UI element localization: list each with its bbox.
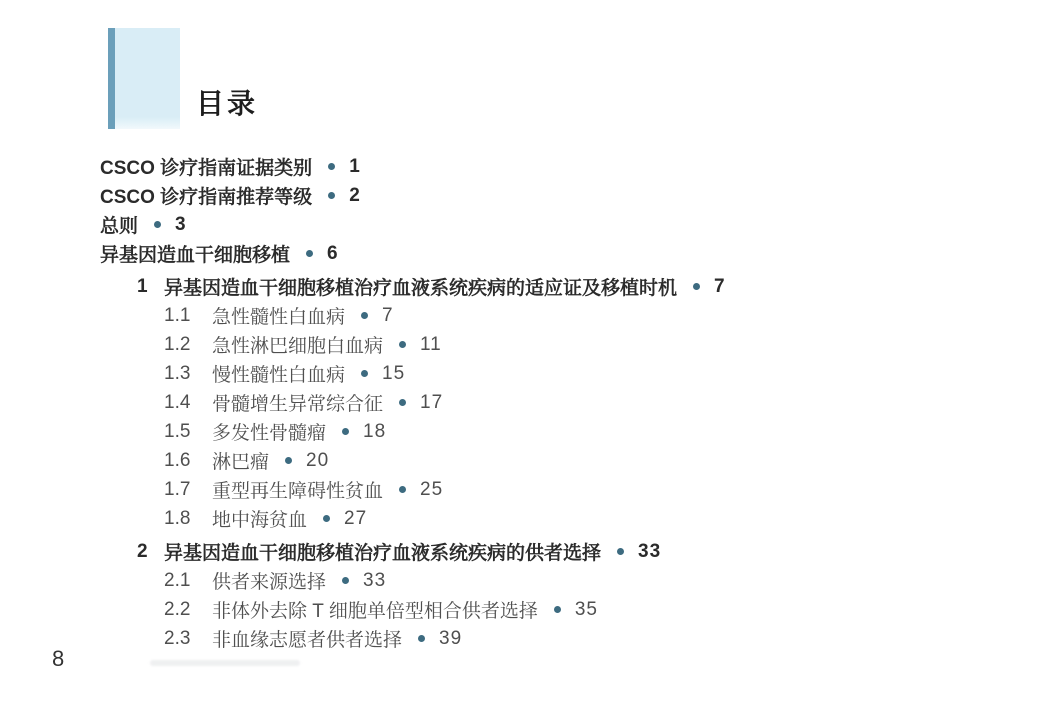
toc-entry-title: 急性淋巴细胞白血病 — [212, 331, 383, 358]
toc-entry-title: CSCO 诊疗指南证据类别 — [100, 153, 312, 180]
bullet-dot-icon — [399, 341, 406, 348]
toc-entry: CSCO 诊疗指南推荐等级 2 — [100, 181, 980, 210]
toc-entry: 1.4 骨髓增生异常综合征 17 — [164, 388, 980, 417]
toc-entry-title: 非血缘志愿者供者选择 — [212, 625, 402, 652]
document-page: 目录 CSCO 诊疗指南证据类别 1 CSCO 诊疗指南推荐等级 2 总则 3 … — [0, 0, 1047, 720]
bullet-dot-icon — [342, 577, 349, 584]
toc-entry-title: 多发性骨髓瘤 — [212, 418, 326, 445]
toc-entry-page: 1 — [349, 156, 361, 178]
toc-entry-page: 20 — [306, 450, 329, 472]
toc-entry-page: 15 — [382, 363, 405, 385]
toc-entry-page: 17 — [420, 392, 443, 414]
toc-entry-title: 重型再生障碍性贫血 — [212, 476, 383, 503]
accent-bar — [108, 28, 115, 129]
bullet-dot-icon — [361, 312, 368, 319]
bullet-dot-icon — [554, 606, 561, 613]
toc-entry-number: 1.8 — [164, 508, 212, 530]
bullet-dot-icon — [617, 548, 624, 555]
toc-entry-title: 异基因造血干细胞移植治疗血液系统疾病的适应证及移植时机 — [164, 273, 677, 300]
toc-entry: 1 异基因造血干细胞移植治疗血液系统疾病的适应证及移植时机 7 — [137, 272, 980, 301]
bullet-dot-icon — [285, 457, 292, 464]
toc-entry-page: 25 — [420, 479, 443, 501]
toc-entry: 1.6 淋巴瘤 20 — [164, 446, 980, 475]
bullet-dot-icon — [361, 370, 368, 377]
toc-entry-page: 33 — [638, 541, 661, 563]
toc-entry-title: 异基因造血干细胞移植治疗血液系统疾病的供者选择 — [164, 538, 601, 565]
toc-entry-page: 11 — [420, 334, 442, 356]
toc-entry-number: 1.3 — [164, 363, 212, 385]
toc-entry-page: 7 — [714, 276, 726, 298]
toc-entry-title: 供者来源选择 — [212, 567, 326, 594]
bullet-dot-icon — [328, 163, 335, 170]
bullet-dot-icon — [306, 250, 313, 257]
bullet-dot-icon — [418, 635, 425, 642]
toc-entry-page: 27 — [344, 508, 367, 530]
toc-entry-title: 异基因造血干细胞移植 — [100, 240, 290, 267]
toc-entry: 1.3 慢性髓性白血病 15 — [164, 359, 980, 388]
bullet-dot-icon — [693, 283, 700, 290]
toc-entry-title: 淋巴瘤 — [212, 447, 269, 474]
toc-entry-title: 地中海贫血 — [212, 505, 307, 532]
bullet-dot-icon — [323, 515, 330, 522]
toc-entry-number: 2.2 — [164, 599, 212, 621]
toc-entry-title: 急性髓性白血病 — [212, 302, 345, 329]
toc-entry-number: 1.7 — [164, 479, 212, 501]
toc-entry-page: 2 — [349, 185, 361, 207]
toc-entry: 2.3 非血缘志愿者供者选择 39 — [164, 624, 980, 653]
toc-entry-title: 慢性髓性白血病 — [212, 360, 345, 387]
scan-artifact — [150, 660, 300, 666]
toc-entry-page: 6 — [327, 243, 339, 265]
toc-entry: 1.1 急性髓性白血病 7 — [164, 301, 980, 330]
toc-list: CSCO 诊疗指南证据类别 1 CSCO 诊疗指南推荐等级 2 总则 3 异基因… — [100, 152, 980, 653]
toc-entry-number: 2.1 — [164, 570, 212, 592]
toc-entry: 1.2 急性淋巴细胞白血病 11 — [164, 330, 980, 359]
toc-entry-number: 1.1 — [164, 305, 212, 327]
bullet-dot-icon — [154, 221, 161, 228]
toc-entry-page: 18 — [363, 421, 386, 443]
toc-entry: 1.7 重型再生障碍性贫血 25 — [164, 475, 980, 504]
toc-entry-page: 3 — [175, 214, 187, 236]
toc-entry-title: 总则 — [100, 211, 138, 238]
toc-entry-number: 1 — [137, 276, 164, 298]
toc-entry: 异基因造血干细胞移植 6 — [100, 239, 980, 268]
toc-entry-number: 2.3 — [164, 628, 212, 650]
toc-entry-page: 7 — [382, 305, 394, 327]
bullet-dot-icon — [342, 428, 349, 435]
toc-entry-number: 1.6 — [164, 450, 212, 472]
toc-entry-number: 2 — [137, 541, 164, 563]
page-title: 目录 — [196, 82, 258, 122]
toc-entry-title: CSCO 诊疗指南推荐等级 — [100, 182, 312, 209]
toc-entry: 2.1 供者来源选择 33 — [164, 566, 980, 595]
toc-entry-page: 39 — [439, 628, 462, 650]
toc-entry: 1.8 地中海贫血 27 — [164, 504, 980, 533]
toc-entry: 1.5 多发性骨髓瘤 18 — [164, 417, 980, 446]
folio-page-number: 8 — [52, 646, 64, 672]
bullet-dot-icon — [328, 192, 335, 199]
bullet-dot-icon — [399, 399, 406, 406]
toc-entry-number: 1.5 — [164, 421, 212, 443]
toc-entry-title: 骨髓增生异常综合征 — [212, 389, 383, 416]
toc-entry-number: 1.4 — [164, 392, 212, 414]
toc-entry: 2 异基因造血干细胞移植治疗血液系统疾病的供者选择 33 — [137, 537, 980, 566]
toc-entry-title: 非体外去除 T 细胞单倍型相合供者选择 — [212, 596, 538, 623]
toc-entry-page: 33 — [363, 570, 386, 592]
bullet-dot-icon — [399, 486, 406, 493]
toc-entry: CSCO 诊疗指南证据类别 1 — [100, 152, 980, 181]
toc-entry: 2.2 非体外去除 T 细胞单倍型相合供者选择 35 — [164, 595, 980, 624]
accent-block — [108, 28, 180, 129]
toc-entry-page: 35 — [575, 599, 598, 621]
toc-entry: 总则 3 — [100, 210, 980, 239]
toc-entry-number: 1.2 — [164, 334, 212, 356]
